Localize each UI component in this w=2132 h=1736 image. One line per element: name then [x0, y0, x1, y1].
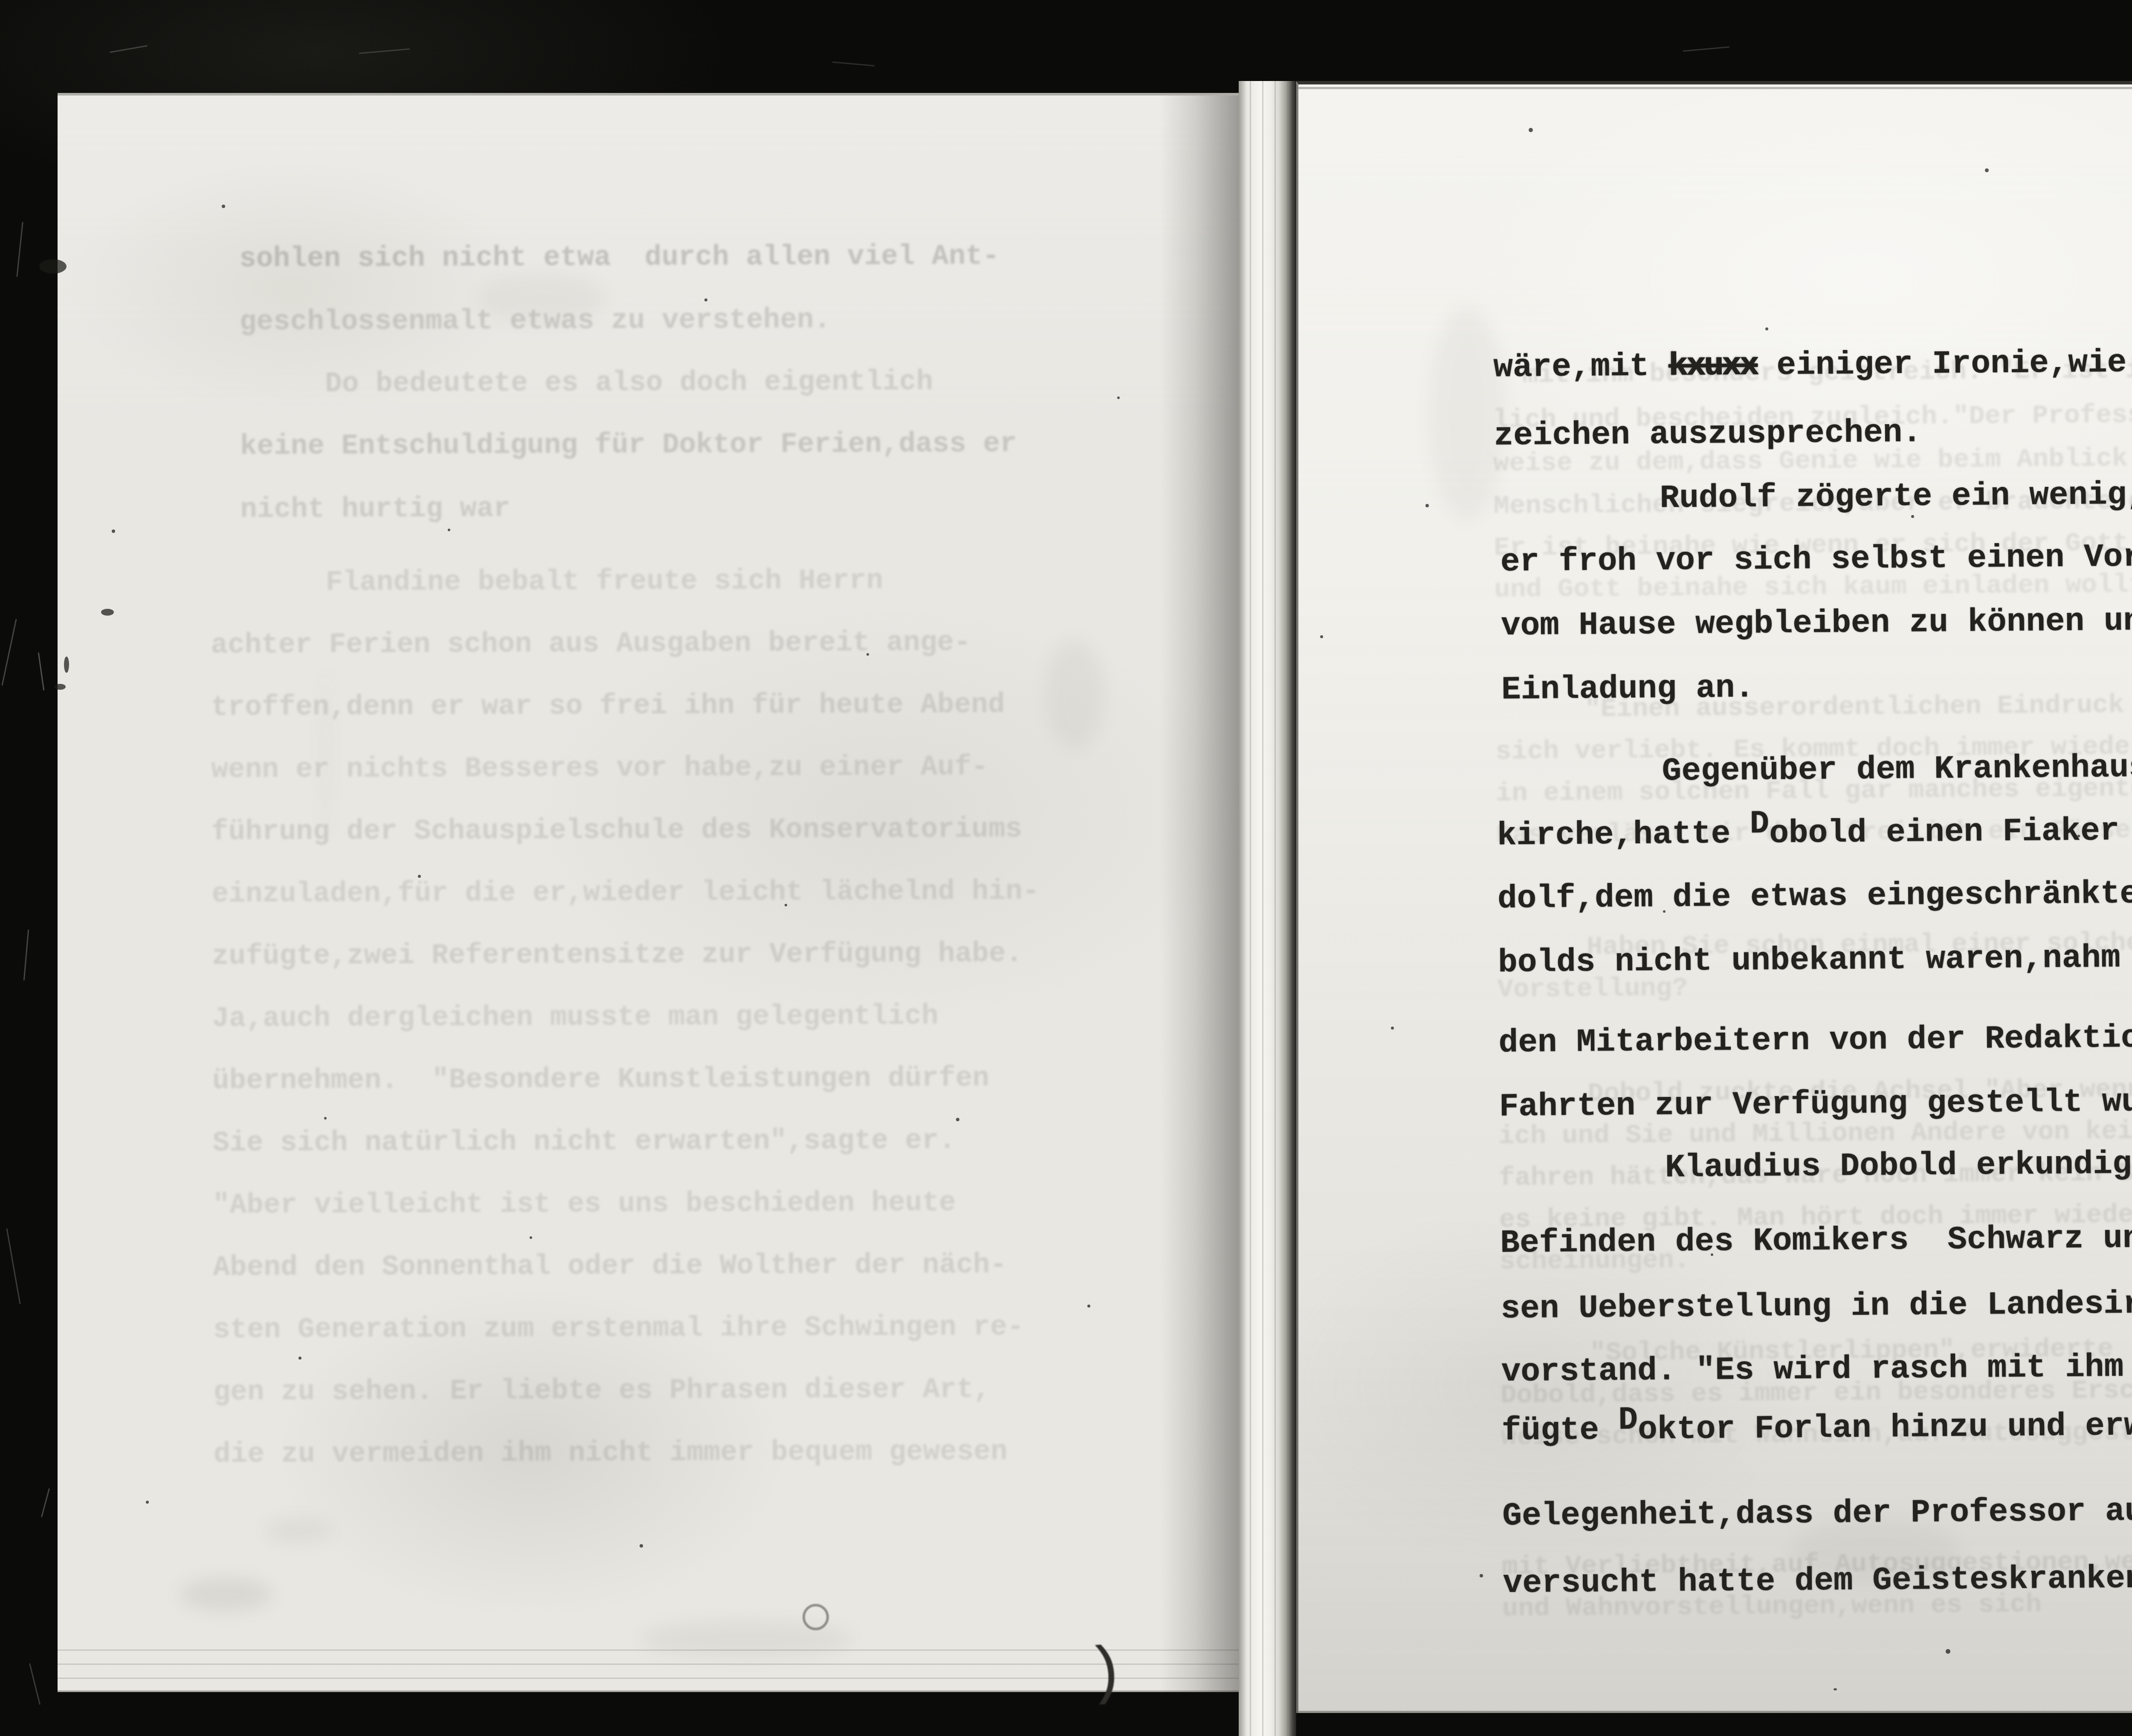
ink-speck: [298, 1357, 301, 1360]
typed-line: wäre,mit kxuxx einiger Ironie,wie unter …: [1493, 344, 2132, 384]
ink-speck: [1391, 1027, 1394, 1030]
ink-speck: [101, 609, 114, 616]
ghost-line: troffen,denn er war so frei ihn für heut…: [211, 691, 1005, 721]
typed-line: kirche,hatte Dobold einen Fiaker warten …: [1497, 812, 2132, 852]
typed-segment: Einladung an.: [1501, 670, 1755, 709]
typed-line: Gegenüber dem Krankenhause,vor der Alser…: [1662, 749, 2132, 788]
ghost-line: Sie sich natürlich nicht erwarten",sagte…: [212, 1127, 956, 1157]
typed-segment-raised: D: [1750, 806, 1769, 842]
ink-speck: [1320, 635, 1323, 638]
typed-segment: vorstand. "Es wird rasch mit ihm zu Ende…: [1501, 1347, 2132, 1391]
typed-segment: dolf,dem die etwas eingeschränkten Verhä…: [1498, 873, 2132, 917]
ghost-line: nicht hurtig war: [240, 495, 510, 524]
typed-line: sen Ueberstellung in die Landesirrenanst…: [1501, 1286, 2132, 1325]
ink-speck: [1834, 1688, 1837, 1690]
typed-segment: Klaudius Dobold erkundigte sich nach dem: [1665, 1143, 2132, 1186]
ghost-line: sten Generation zum erstenmal ihre Schwi…: [213, 1313, 1024, 1344]
typed-segment: den Mitarbeitern von der Redaktion für d…: [1498, 1017, 2132, 1061]
typed-line: Befinden des Komikers Schwarz und erfuhr…: [1500, 1219, 2132, 1259]
typed-line: zeichen auszusprechen.: [1494, 417, 1922, 452]
ghost-line: Do bedeutete es also doch eigentlich: [325, 368, 933, 398]
typed-segment: Gegenüber dem Krankenhause,vor der Alser…: [1662, 747, 2132, 790]
film-fiber: [832, 61, 875, 67]
film-scan-frame: sohlen sich nicht etwa durch allen viel …: [0, 0, 2132, 1736]
typed-line: fügte Doktor Forlan hinzu und erwähnte b…: [1502, 1407, 2132, 1447]
ink-speck: [956, 1118, 959, 1121]
ink-speck: [704, 298, 707, 301]
ink-speck: [1480, 1574, 1483, 1577]
typed-segment-raised: D: [1618, 1402, 1638, 1438]
ink-speck: [55, 684, 66, 690]
typed-segment: Befinden des Komikers Schwarz und erfuhr…: [1500, 1217, 2132, 1261]
film-fiber: [29, 1663, 41, 1705]
typed-line: Einladung an.: [1501, 672, 1754, 706]
typed-line: dolf,dem die etwas eingeschränkten Verhä…: [1498, 875, 2132, 915]
ink-speck: [1117, 396, 1120, 399]
film-fiber: [1, 619, 17, 686]
ink-speck: [418, 875, 421, 878]
typed-line: bolds nicht unbekannt waren,nahm an,dass…: [1498, 939, 2132, 979]
paper-smudge: [1428, 307, 1505, 520]
paper-smudge: [1791, 1518, 1961, 1586]
film-fiber: [1683, 46, 1730, 52]
typed-line: vom Hause wegbleiben zu können und so na…: [1501, 602, 2132, 642]
typed-segment: Fahrten zur Verfügung gestellt wurde.: [1499, 1083, 2132, 1125]
ink-speck: [866, 653, 869, 656]
ink-speck: [1087, 1305, 1090, 1308]
typed-segment: sen Ueberstellung in die Landesirrenanst…: [1501, 1284, 2132, 1328]
ring-mark: [802, 1604, 829, 1630]
book-gutter: [1239, 81, 1296, 1736]
typed-line: Gelegenheit,dass der Professor auch in d…: [1502, 1492, 2132, 1532]
typed-segment: einiger Ironie,wie unter Anführungs-: [1757, 341, 2132, 384]
ink-speck: [64, 657, 69, 673]
ink-speck: [222, 205, 225, 208]
film-fiber: [38, 652, 44, 691]
ghost-line: "Aber vielleicht ist es uns beschieden h…: [213, 1189, 956, 1220]
ghost-line: gen zu sehen. Er liebte es Phrasen diese…: [214, 1375, 991, 1406]
left-page: sohlen sich nicht etwa durch allen viel …: [58, 93, 1239, 1692]
typed-line: Klaudius Dobold erkundigte sich nach dem: [1665, 1146, 2132, 1184]
typed-text-layer: wäre,mit kxuxx einiger Ironie,wie unter …: [1298, 75, 2132, 1713]
ink-speck: [1529, 128, 1533, 132]
ghost-line: führung der Schauspielschule des Konserv…: [211, 815, 1022, 846]
ink-speck: [530, 1236, 532, 1239]
paper-smudge: [324, 665, 328, 844]
ghost-line: einzuladen,für die er,wieder leicht läch…: [211, 877, 1039, 909]
paper-smudge: [1045, 639, 1104, 750]
ghost-line: Ja,auch dergleichen musste man gelegentl…: [212, 1002, 938, 1033]
typed-segment: obold einen Fiaker warten lassen. Ru-: [1769, 810, 2132, 852]
film-fiber: [6, 1228, 20, 1304]
ink-speck: [324, 1117, 327, 1120]
paren-scratch: ): [1084, 1641, 1127, 1707]
paper-smudge: [264, 1518, 333, 1543]
left-page-ghost-text-layer: sohlen sich nicht etwa durch allen viel …: [58, 91, 1244, 1692]
film-fiber: [110, 45, 148, 53]
ink-speck: [146, 1501, 149, 1504]
typed-segment: oktor Forlan hinzu und erwähnte bei dies…: [1638, 1405, 2132, 1448]
typed-segment: fügte: [1501, 1412, 1618, 1449]
film-fiber: [16, 222, 23, 277]
film-fiber: [23, 929, 29, 981]
ink-speck: [785, 904, 787, 906]
typed-line: vorstand. "Es wird rasch mit ihm zu Ende…: [1501, 1348, 2132, 1388]
ghost-line: Flandine bebalt freute sich Herrn: [326, 567, 883, 597]
typed-segment: Rudolf zögerte ein wenig,aber im Grund w…: [1660, 474, 2132, 517]
ghost-line: die zu vermeiden ihm nicht immer bequem …: [214, 1438, 1008, 1468]
typed-line: Rudolf zögerte ein wenig,aber im Grund w…: [1660, 476, 2132, 515]
typed-line: den Mitarbeitern von der Redaktion für d…: [1498, 1019, 2132, 1059]
ink-speck: [1663, 910, 1666, 913]
ink-speck: [39, 259, 67, 274]
ghost-line: achter Ferien schon aus Ausgaben bereit …: [211, 629, 971, 660]
film-fiber: [41, 1488, 50, 1517]
typed-line: er froh vor sich selbst einen Vorwand zu…: [1501, 538, 2132, 579]
ink-speck: [1985, 168, 1989, 172]
ink-speck: [1946, 1649, 1950, 1654]
typed-segment: zeichen auszusprechen.: [1494, 414, 1922, 454]
ghost-line: Abend den Sonnenthal oder die Wolther de…: [213, 1251, 1007, 1282]
ink-speck: [1425, 504, 1429, 507]
ink-speck: [1765, 327, 1768, 330]
typed-segment: vom Hause wegbleiben zu können und so na…: [1501, 600, 2132, 645]
typed-segment: kirche,hatte: [1497, 816, 1750, 854]
typed-segment: wäre,mit: [1493, 348, 1669, 386]
typed-line: Fahrten zur Verfügung gestellt wurde.: [1499, 1085, 2132, 1123]
right-page: 19 mit ihm besonders geistreich. "Er ist…: [1296, 81, 2132, 1713]
ink-speck: [448, 529, 450, 531]
typed-segment-strike: kxuxx: [1668, 347, 1757, 385]
paper-smudge: [179, 1577, 273, 1612]
ink-speck: [112, 529, 115, 533]
ghost-line: zufügte,zwei Referentensitze zur Verfügu…: [212, 940, 1023, 971]
ink-speck: [640, 1544, 643, 1548]
ink-speck: [1911, 515, 1914, 518]
ghost-line: keine Entschuldigung für Doktor Ferien,d…: [240, 430, 1017, 460]
ink-speck: [2077, 835, 2080, 837]
film-fiber: [359, 48, 410, 54]
paper-smudge: [478, 273, 605, 324]
typed-segment: er froh vor sich selbst einen Vorwand zu…: [1500, 536, 2132, 581]
ghost-line: sohlen sich nicht etwa durch allen viel …: [239, 242, 999, 273]
typed-segment: bolds nicht unbekannt waren,nahm an,dass…: [1498, 937, 2132, 981]
ghost-line: übernehmen. "Besondere Kunstleistungen d…: [212, 1064, 989, 1095]
ink-speck: [1711, 1253, 1713, 1256]
